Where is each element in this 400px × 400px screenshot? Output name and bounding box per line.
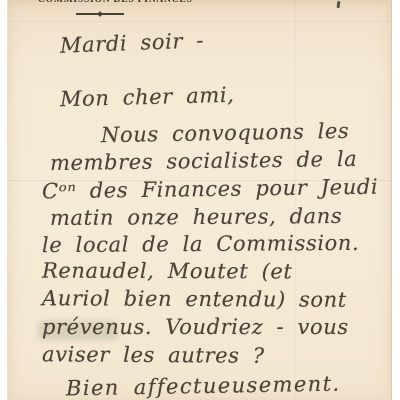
body-line: aviser les autres ? [42, 342, 265, 369]
body-line: le local de la Commission. [42, 231, 359, 258]
salutation-line: Mon cher ami, [60, 83, 235, 113]
body-line: Auriol bien entendu) sont [42, 286, 347, 313]
date-line: Mardi soir - [60, 28, 205, 59]
body-line: prévenus. Voudriez - vous [42, 315, 349, 340]
body-line: Nous convoquons les [101, 119, 350, 148]
body-line: Renaudel, Moutet (et [42, 259, 293, 285]
closing-line: Bien affectueusement. [66, 372, 341, 400]
body-line: Cᵒⁿ des Finances pour Jeudi [42, 175, 379, 205]
scanned-letter: COMMISSION DES FINANCES Mardi soir - Mon… [0, 0, 400, 400]
body-line: membres socialistes de la [50, 147, 358, 176]
letterhead-title: COMMISSION DES FINANCES [38, 0, 170, 5]
ink-speck [337, 1, 341, 8]
body-line: matin onze heures, dans [50, 204, 342, 231]
fold-crease-top [8, 21, 391, 24]
letterhead-rule [76, 13, 124, 15]
letter-page: COMMISSION DES FINANCES Mardi soir - Mon… [7, 0, 392, 400]
